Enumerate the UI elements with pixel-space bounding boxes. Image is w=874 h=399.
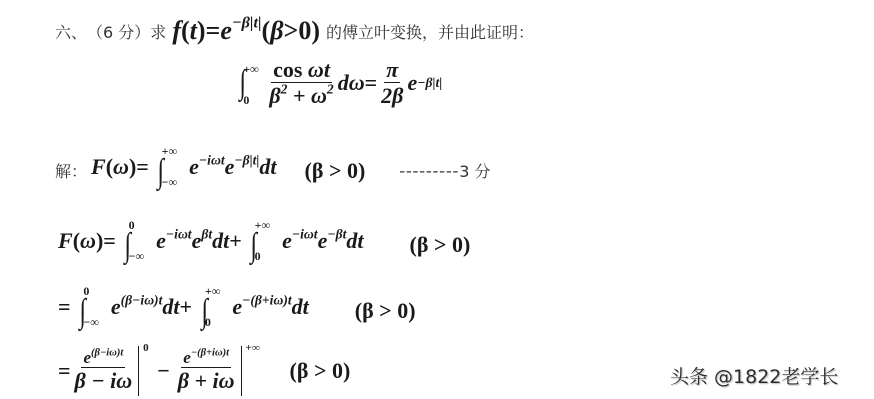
problem-verb: 求: [150, 20, 166, 43]
eval-bar-2: +∞: [241, 346, 256, 396]
eval-fraction-1: e(β−iω)t β − iω: [73, 349, 135, 394]
function-definition: f(t)=e−β|t|(β>0): [172, 16, 320, 46]
rhs-fraction: π 2β: [379, 58, 405, 108]
eval-fraction-2: e−(β+iω)t β + iω: [176, 349, 237, 394]
identity-equation: ∫ +∞ 0 cos ωt β2 + ω2 dω = π 2β e−β|t|: [236, 58, 442, 108]
solution-step-4: = e(β−iω)t β − iω 0 − e−(β+iω)t β + iω +…: [58, 346, 350, 396]
eval-bar-1: 0: [138, 346, 153, 396]
watermark: 头条 @1822老学长: [670, 362, 838, 389]
differential: dω: [338, 70, 365, 96]
problem-statement: 六、 （6 分） 求 f(t)=e−β|t|(β>0) 的傅立叶变换，并由此证明…: [55, 14, 534, 48]
condition: (β > 0): [410, 232, 471, 258]
problem-instruction: 的傅立叶变换，并由此证明：: [326, 20, 534, 43]
problem-number: 六、: [55, 20, 87, 43]
solution-step-2: F(ω)= ∫0−∞ e−iωteβtdt+ ∫+∞0 e−iωte−βtdt …: [58, 224, 470, 265]
condition: (β > 0): [305, 158, 366, 184]
score: 3 分: [459, 159, 490, 182]
solution-step-3: = ∫0−∞ e(β−iω)tdt+ ∫+∞0 e−(β+iω)tdt (β >…: [58, 290, 416, 331]
problem-points: （6 分）: [87, 20, 150, 43]
integral-limits: +∞ 0: [243, 68, 265, 98]
solution-step-1: 解： F(ω)= ∫+∞−∞ e−iωte−β|t|dt (β > 0) ---…: [55, 150, 491, 191]
condition: (β > 0): [355, 298, 416, 324]
score-dashes: ---------: [399, 161, 459, 181]
condition: (β > 0): [290, 358, 351, 384]
solution-label: 解：: [55, 159, 87, 182]
integrand-fraction: cos ωt β2 + ω2: [267, 58, 335, 108]
